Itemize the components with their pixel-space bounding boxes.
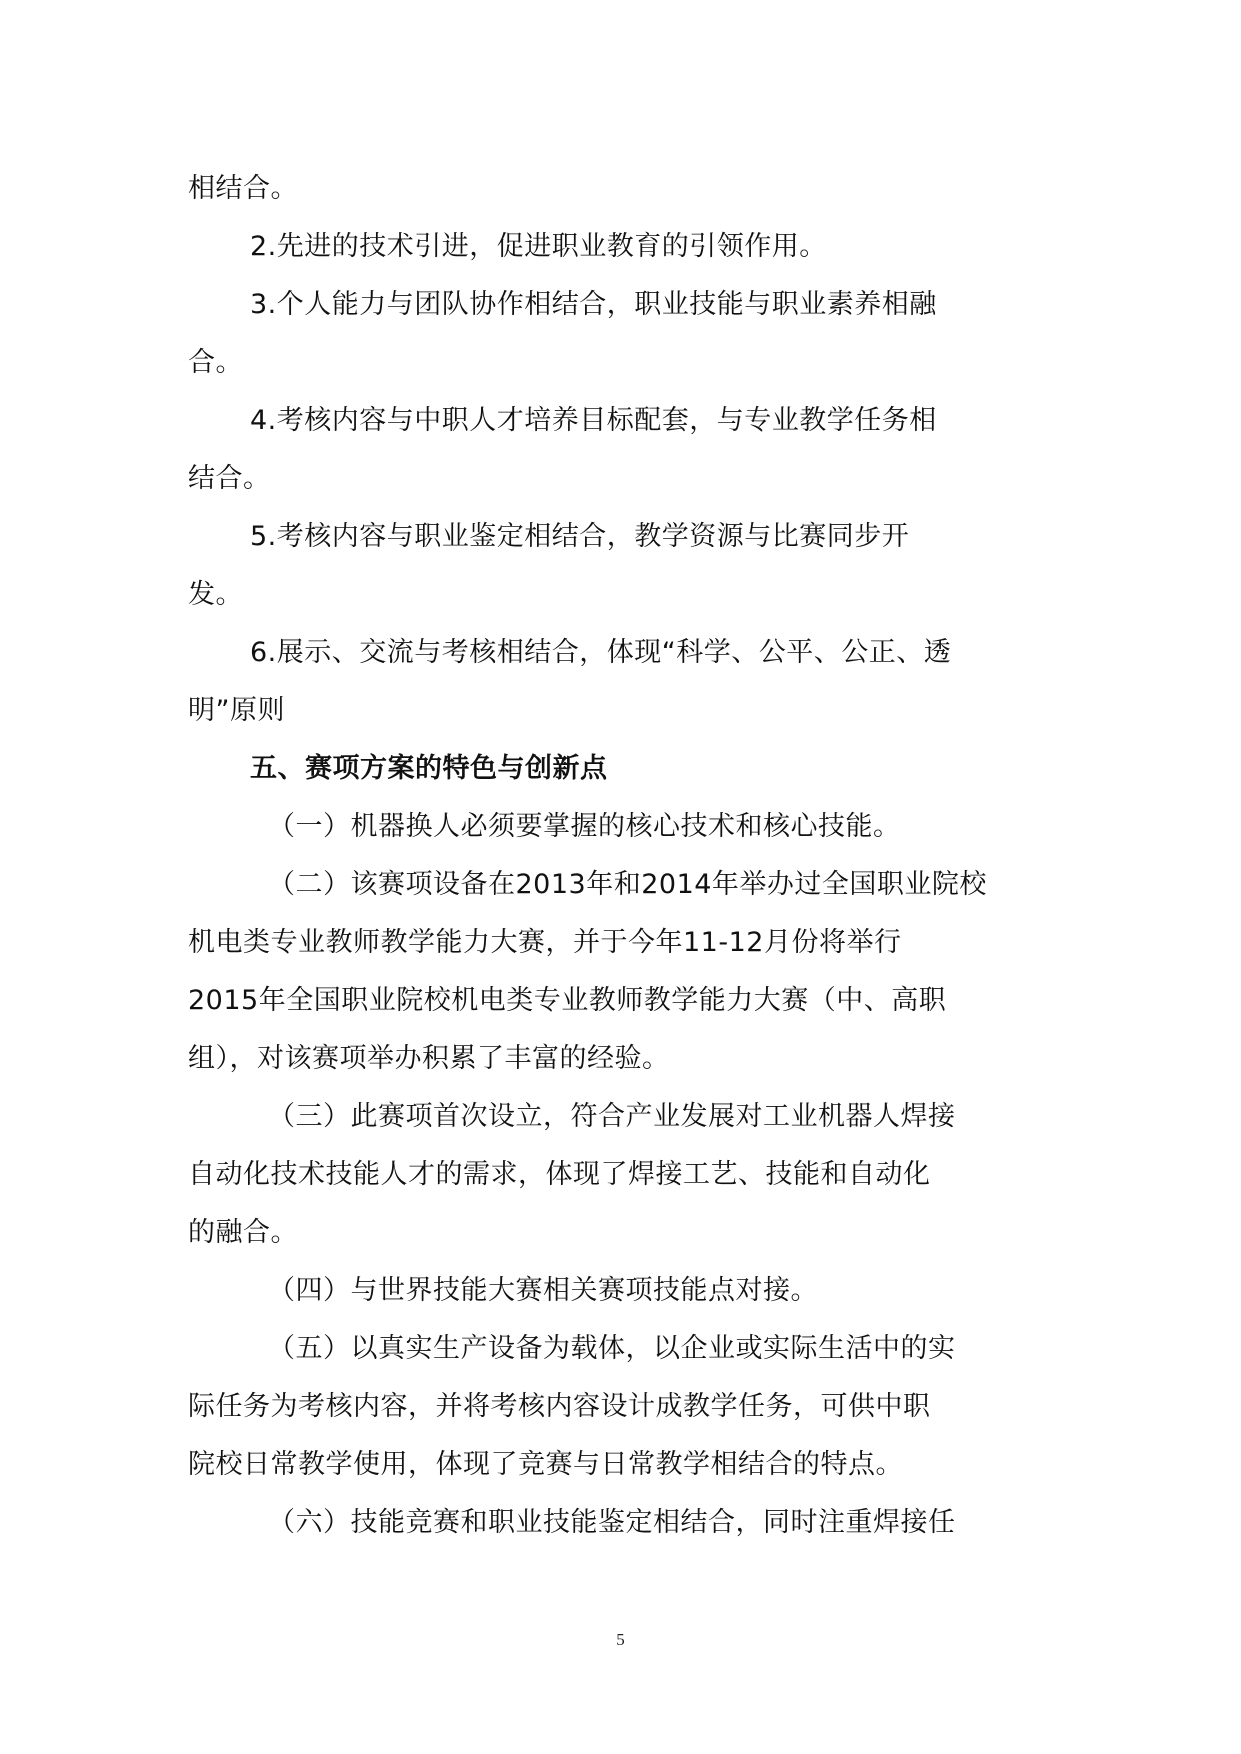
feature-item-4: （四）与世界技能大赛相关赛项技能点对接。 bbox=[268, 1274, 818, 1308]
list-item-4: 4.考核内容与中职人才培养目标配套，与专业教学任务相 bbox=[250, 404, 937, 438]
text-line: 机电类专业教师教学能力大赛，并于今年11-12月份将举行 bbox=[188, 926, 901, 960]
feature-item-5: （五）以真实生产设备为载体，以企业或实际生活中的实 bbox=[268, 1332, 956, 1366]
text-line: 相结合。 bbox=[188, 172, 298, 206]
feature-item-2: （二）该赛项设备在2013年和2014年举办过全国职业院校 bbox=[268, 868, 987, 902]
list-item-6: 6.展示、交流与考核相结合，体现“科学、公平、公正、透 bbox=[250, 636, 951, 670]
feature-item-3: （三）此赛项首次设立，符合产业发展对工业机器人焊接 bbox=[268, 1100, 956, 1134]
text-line: 合。 bbox=[188, 346, 243, 380]
list-item-2: 2.先进的技术引进，促进职业教育的引领作用。 bbox=[250, 230, 827, 264]
text-line: 组），对该赛项举办积累了丰富的经验。 bbox=[188, 1042, 670, 1076]
text-line: 明”原则 bbox=[188, 694, 285, 728]
text-line: 发。 bbox=[188, 578, 243, 612]
text-line: 际任务为考核内容，并将考核内容设计成教学任务，可供中职 bbox=[188, 1390, 931, 1424]
list-item-5: 5.考核内容与职业鉴定相结合，教学资源与比赛同步开 bbox=[250, 520, 909, 554]
document-page: 相结合。 2.先进的技术引进，促进职业教育的引领作用。 3.个人能力与团队协作相… bbox=[0, 0, 1241, 1754]
page-number: 5 bbox=[0, 1630, 1241, 1650]
text-line: 结合。 bbox=[188, 462, 271, 496]
text-line: 2015年全国职业院校机电类专业教师教学能力大赛（中、高职 bbox=[188, 984, 946, 1018]
feature-item-6: （六）技能竞赛和职业技能鉴定相结合，同时注重焊接任 bbox=[268, 1506, 956, 1540]
feature-item-1: （一）机器换人必须要掌握的核心技术和核心技能。 bbox=[268, 810, 901, 844]
text-line: 自动化技术技能人才的需求，体现了焊接工艺、技能和自动化 bbox=[188, 1158, 931, 1192]
section-heading: 五、赛项方案的特色与创新点 bbox=[250, 752, 608, 786]
text-line: 院校日常教学使用，体现了竞赛与日常教学相结合的特点。 bbox=[188, 1448, 903, 1482]
text-line: 的融合。 bbox=[188, 1216, 298, 1250]
list-item-3: 3.个人能力与团队协作相结合，职业技能与职业素养相融 bbox=[250, 288, 937, 322]
